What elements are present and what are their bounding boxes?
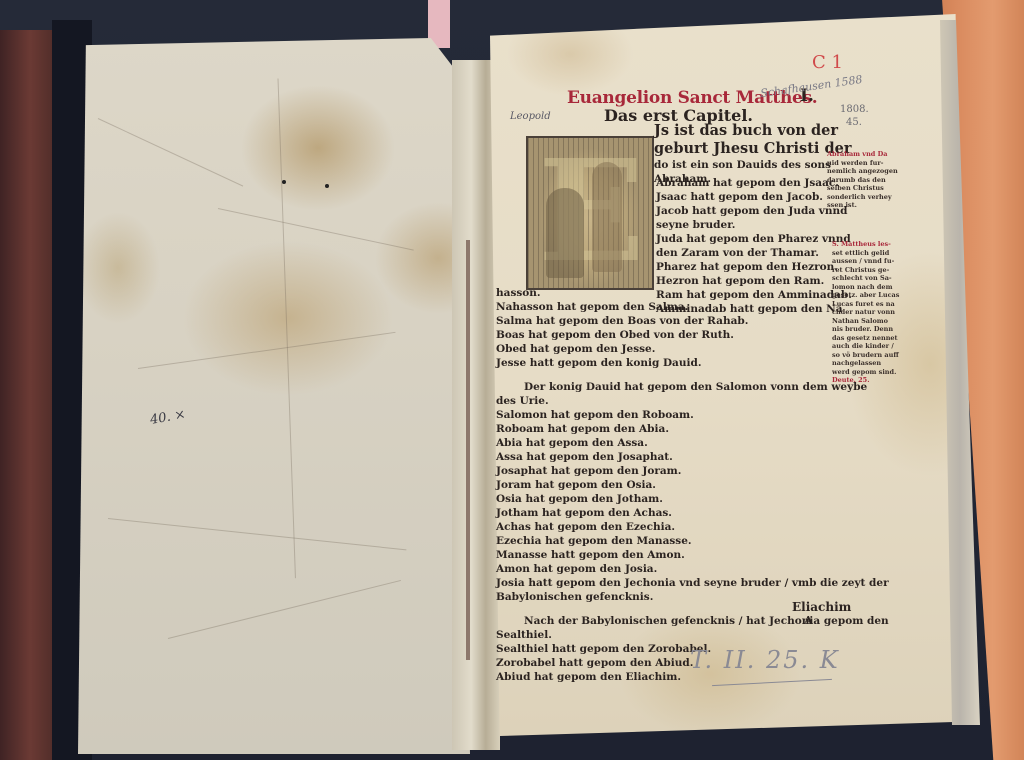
text-line: Boas hat gepom den Obed von der Ruth. (496, 328, 889, 342)
gutter-binding (466, 240, 470, 660)
text-line: Roboam hat gepom den Abia. (496, 422, 889, 436)
paper-crease (218, 208, 414, 251)
text-line: Nahasson hat gepom den Salma. (496, 300, 889, 314)
margin-note-matthew: S. Mattheus les- set ettlich gelid ausse… (832, 240, 899, 385)
text-line: Manasse hatt gepom den Amon. (496, 548, 889, 562)
left-page-flyleaf (78, 38, 470, 754)
text-line: Ezechia hat gepom den Manasse. (496, 534, 889, 548)
text-line: Der konig Dauid hat gepom den Salomon vo… (496, 380, 889, 394)
woodcut-angel-figure (592, 162, 622, 272)
wormhole (325, 184, 329, 188)
text-line: Sealthiel. (496, 628, 889, 642)
text-line: Achas hat gepom den Ezechia. (496, 520, 889, 534)
leather-book-cover (0, 30, 60, 760)
paper-crease (98, 118, 243, 187)
text-line: Abia hat gepom den Assa. (496, 436, 889, 450)
text-line: Obed hat gepom den Jesse. (496, 342, 889, 356)
text-line: Juda hat gepom den Pharez vnnd (656, 232, 852, 246)
text-line: Nach der Babylonischen gefencknis / hat … (496, 614, 889, 628)
text-line: Abraham hat gepom den Jsaac. (656, 176, 852, 190)
text-line: Pharez hat gepom den Hezron. (656, 260, 852, 274)
text-line: Jotham hat gepom den Achas. (496, 506, 889, 520)
paper-crease (138, 332, 396, 369)
text-line: do ist ein son Dauids des sons (654, 158, 851, 172)
text-line: geburt Jhesu Christi der (654, 140, 851, 158)
catchword: Eliachim (792, 600, 851, 614)
corner-mark: C 1 (812, 52, 843, 73)
text-line: seyne bruder. (656, 218, 852, 232)
paper-crease (278, 78, 296, 578)
text-line: Jesse hatt gepom den konig Dauid. (496, 356, 889, 370)
woodcut-evangelist-figure (546, 188, 584, 278)
text-line: Amon hat gepom den Josia. (496, 562, 889, 576)
text-line: Jacob hatt gepom den Juda vnnd (656, 204, 852, 218)
text-line: hasson. (496, 286, 889, 300)
text-line: Salma hat gepom den Boas von der Rahab. (496, 314, 889, 328)
text-line: Jsaac hatt gepom den Jacob. (656, 190, 852, 204)
book-photograph: 40. × C 1 Euangelion Sanct Matthes. I. D… (0, 0, 1024, 760)
woodcut-initial: E (526, 136, 654, 290)
text-line: Joram hat gepom den Osia. (496, 478, 889, 492)
wormhole (282, 180, 286, 184)
text-line: Josaphat hat gepom den Joram. (496, 464, 889, 478)
genealogy-main-column: hasson. Nahasson hat gepom den Salma. Sa… (496, 286, 889, 684)
pencil-margin-name: Leopold (510, 111, 551, 122)
text-line: den Zaram von der Thamar. (656, 246, 852, 260)
margin-note-abraham: Abraham vnd Da uid werden fur- nemlich a… (827, 150, 898, 210)
paper-crease (108, 518, 406, 550)
signature-mark: A (804, 614, 813, 627)
text-line: Osia hat gepom den Jotham. (496, 492, 889, 506)
text-line: des Urie. (496, 394, 889, 408)
pencil-year: 1808. (840, 104, 869, 115)
text-line: Js ist das buch von der (654, 122, 851, 140)
text-line: Salomon hat gepom den Roboam. (496, 408, 889, 422)
pencil-shelfmark: T. II. 25. K (690, 646, 840, 674)
text-line: Assa hat gepom den Josaphat. (496, 450, 889, 464)
paper-crease (168, 580, 401, 639)
text-line: Josia hatt gepom den Jechonia vnd seyne … (496, 576, 889, 590)
